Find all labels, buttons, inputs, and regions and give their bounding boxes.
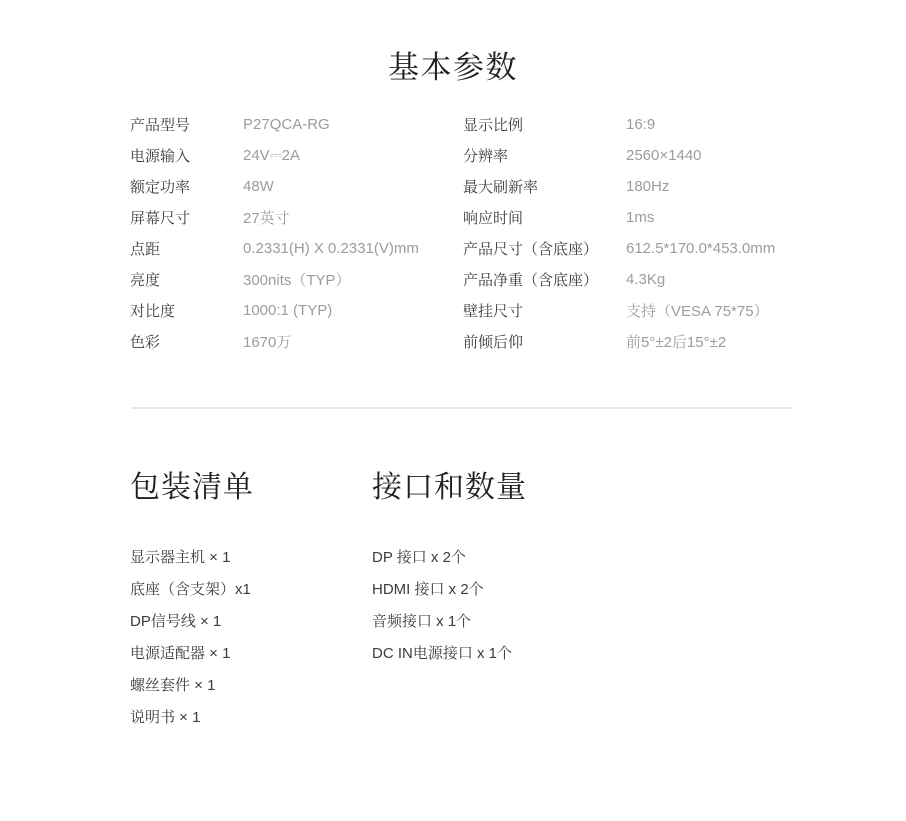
spec-row-contrast: 对比度 1000:1 (TYP) xyxy=(130,295,419,326)
spec-value: 1670万 xyxy=(243,331,291,352)
spec-value: 48W xyxy=(243,178,274,195)
packing-list-title: 包装清单 xyxy=(130,462,254,506)
spec-label: 亮度 xyxy=(130,269,243,290)
spec-label: 点距 xyxy=(130,238,243,259)
page-title: 基本参数 xyxy=(0,42,906,87)
section-divider xyxy=(131,407,793,409)
spec-label: 电源输入 xyxy=(130,145,243,166)
spec-row-power-input: 电源输入 24V⎓2A xyxy=(130,140,419,171)
spec-value: 支持（VESA 75*75） xyxy=(626,300,769,321)
spec-label: 产品尺寸（含底座） xyxy=(463,238,626,259)
spec-row-dimensions: 产品尺寸（含底座） 612.5*170.0*453.0mm xyxy=(463,233,775,264)
spec-row-response-time: 响应时间 1ms xyxy=(463,202,775,233)
interfaces-title: 接口和数量 xyxy=(372,462,527,506)
spec-label: 分辨率 xyxy=(463,145,626,166)
spec-value: 1ms xyxy=(626,209,654,226)
spec-value: 2560×1440 xyxy=(626,147,702,164)
spec-row-refresh-rate: 最大刷新率 180Hz xyxy=(463,171,775,202)
spec-value: 27英寸 xyxy=(243,207,290,228)
spec-row-screen-size: 屏幕尺寸 27英寸 xyxy=(130,202,419,233)
spec-value: 0.2331(H) X 0.2331(V)mm xyxy=(243,240,419,257)
spec-value: 180Hz xyxy=(626,178,669,195)
list-item: HDMI 接口 x 2个 xyxy=(372,572,512,604)
spec-label: 显示比例 xyxy=(463,114,626,135)
spec-label: 屏幕尺寸 xyxy=(130,207,243,228)
spec-row-pixel-pitch: 点距 0.2331(H) X 0.2331(V)mm xyxy=(130,233,419,264)
spec-value: 300nits（TYP） xyxy=(243,269,351,290)
spec-row-net-weight: 产品净重（含底座） 4.3Kg xyxy=(463,264,775,295)
list-item: 显示器主机 × 1 xyxy=(130,540,251,572)
spec-row-tilt: 前倾后仰 前5°±2后15°±2 xyxy=(463,326,775,357)
spec-row-model: 产品型号 P27QCA-RG xyxy=(130,109,419,140)
spec-page: 基本参数 产品型号 P27QCA-RG 电源输入 24V⎓2A 额定功率 48W… xyxy=(0,0,906,821)
spec-value: 612.5*170.0*453.0mm xyxy=(626,240,775,257)
spec-label: 壁挂尺寸 xyxy=(463,300,626,321)
spec-row-wall-mount: 壁挂尺寸 支持（VESA 75*75） xyxy=(463,295,775,326)
spec-label: 前倾后仰 xyxy=(463,331,626,352)
spec-row-brightness: 亮度 300nits（TYP） xyxy=(130,264,419,295)
spec-label: 对比度 xyxy=(130,300,243,321)
spec-row-resolution: 分辨率 2560×1440 xyxy=(463,140,775,171)
spec-label: 最大刷新率 xyxy=(463,176,626,197)
list-item: 底座（含支架）x1 xyxy=(130,572,251,604)
list-item: 音频接口 x 1个 xyxy=(372,604,512,636)
list-item: DP信号线 × 1 xyxy=(130,604,251,636)
list-item: 螺丝套件 × 1 xyxy=(130,668,251,700)
spec-column-left: 产品型号 P27QCA-RG 电源输入 24V⎓2A 额定功率 48W 屏幕尺寸… xyxy=(130,109,419,357)
interfaces-list: DP 接口 x 2个 HDMI 接口 x 2个 音频接口 x 1个 DC IN电… xyxy=(372,540,512,668)
spec-column-right: 显示比例 16:9 分辨率 2560×1440 最大刷新率 180Hz 响应时间… xyxy=(463,109,775,357)
list-item: 说明书 × 1 xyxy=(130,700,251,732)
spec-value: 1000:1 (TYP) xyxy=(243,302,332,319)
spec-label: 响应时间 xyxy=(463,207,626,228)
spec-value: 24V⎓2A xyxy=(243,147,300,164)
spec-row-colors: 色彩 1670万 xyxy=(130,326,419,357)
packing-list: 显示器主机 × 1 底座（含支架）x1 DP信号线 × 1 电源适配器 × 1 … xyxy=(130,540,251,732)
spec-value: P27QCA-RG xyxy=(243,116,330,133)
spec-row-aspect-ratio: 显示比例 16:9 xyxy=(463,109,775,140)
spec-label: 产品型号 xyxy=(130,114,243,135)
spec-value: 4.3Kg xyxy=(626,271,665,288)
spec-value: 前5°±2后15°±2 xyxy=(626,331,726,352)
list-item: 电源适配器 × 1 xyxy=(130,636,251,668)
list-item: DC IN电源接口 x 1个 xyxy=(372,636,512,668)
list-item: DP 接口 x 2个 xyxy=(372,540,512,572)
spec-label: 产品净重（含底座） xyxy=(463,269,626,290)
spec-row-rated-power: 额定功率 48W xyxy=(130,171,419,202)
spec-label: 色彩 xyxy=(130,331,243,352)
spec-label: 额定功率 xyxy=(130,176,243,197)
spec-value: 16:9 xyxy=(626,116,655,133)
